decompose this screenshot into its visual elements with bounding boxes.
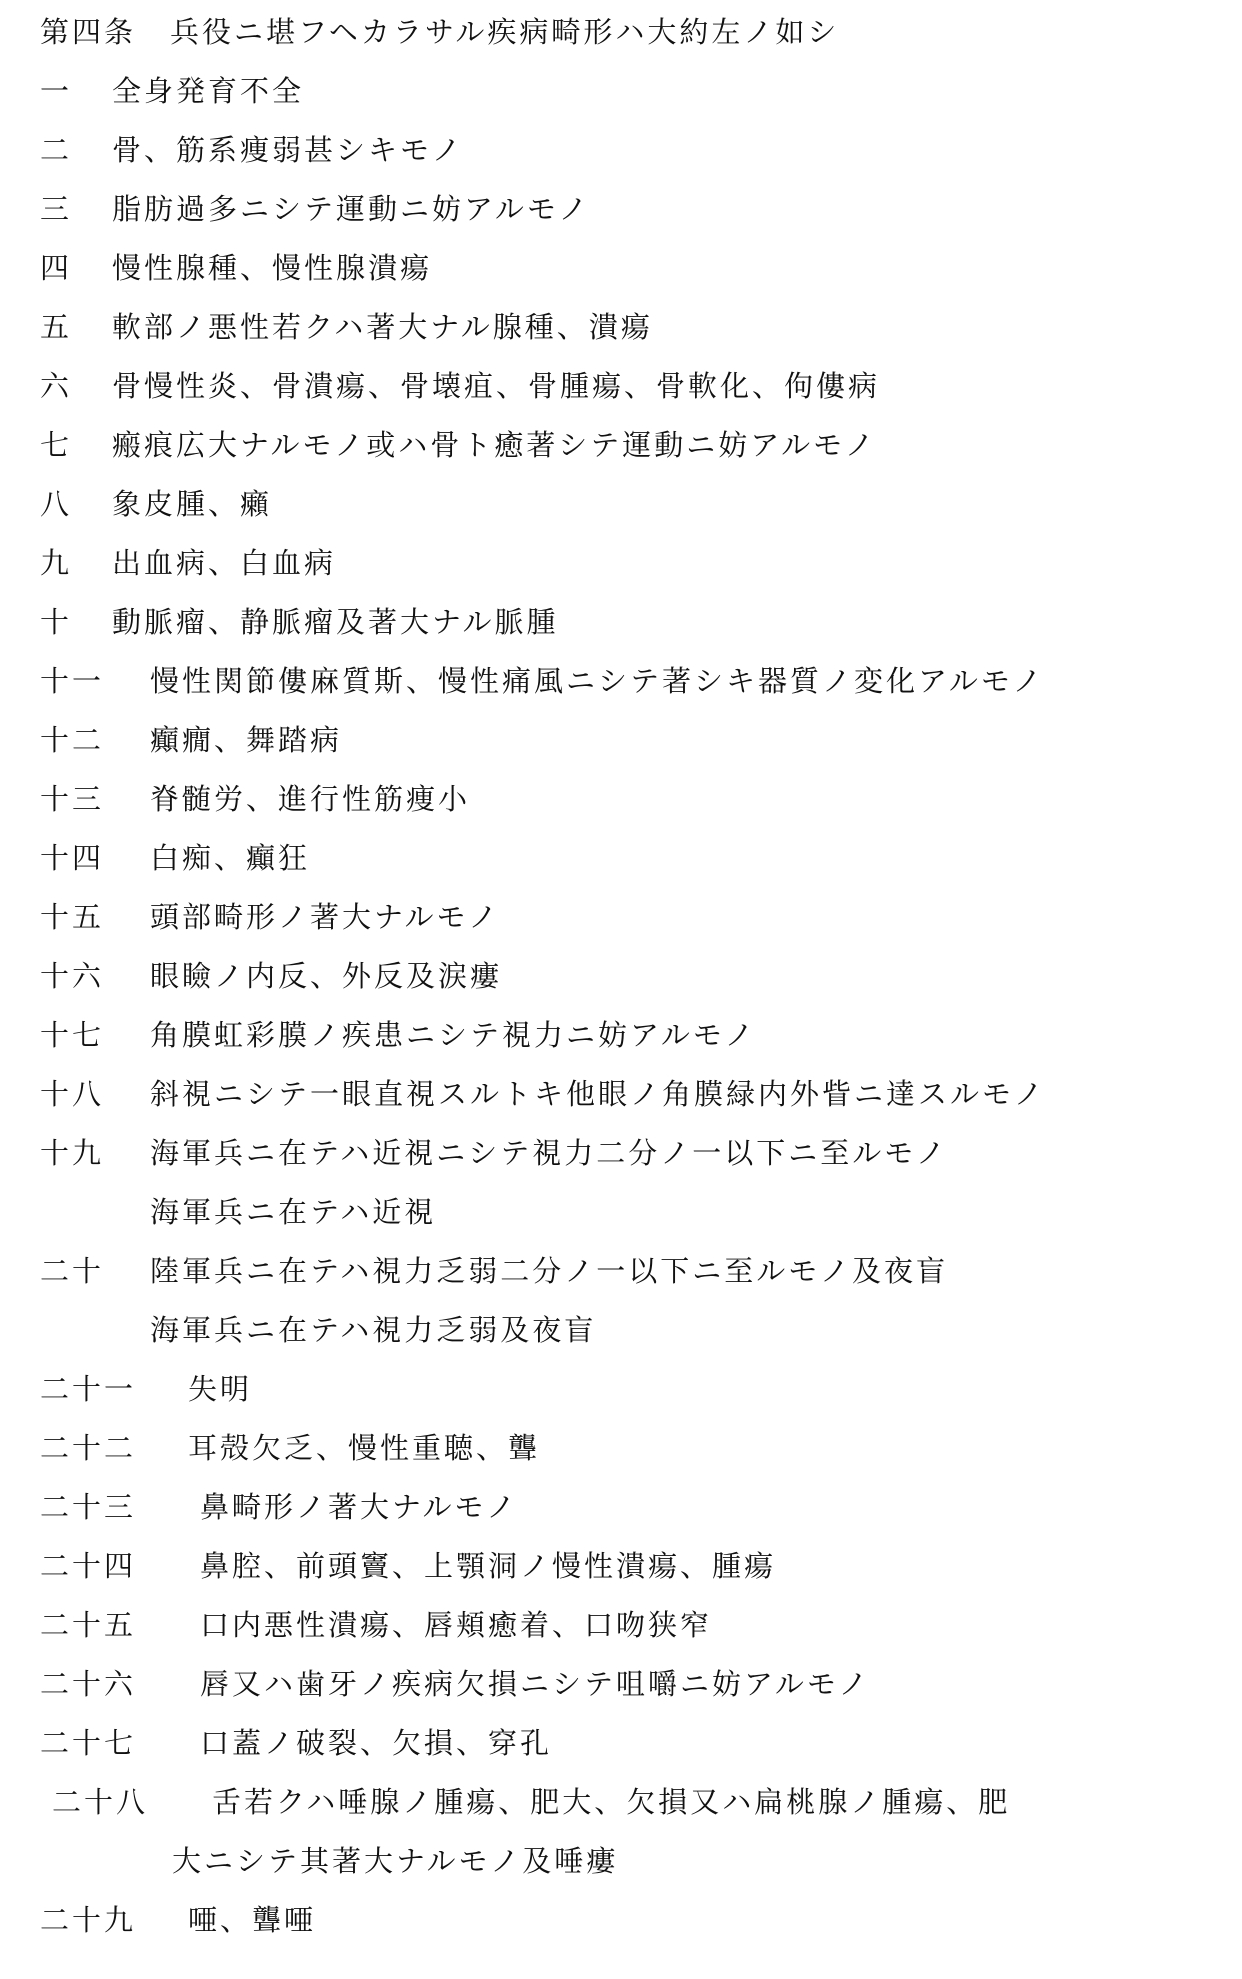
item-text: 慢性関節僂麻質斯、慢性痛風ニシテ著シキ器質ノ変化アルモノ: [150, 652, 1045, 711]
item-number: 十四: [40, 829, 104, 888]
item-number: 十五: [40, 888, 104, 947]
item-text: 脊髄労、進行性筋痩小: [150, 770, 470, 829]
item-number: 三: [40, 180, 72, 239]
item-text: 耳殻欠乏、慢性重聴、聾: [188, 1419, 540, 1478]
item-number: 十七: [40, 1006, 104, 1065]
item-number: 十六: [40, 947, 104, 1006]
item-number: 十一: [40, 652, 104, 711]
item-text: 舌若クハ唾腺ノ腫瘍、肥大、欠損又ハ扁桃腺ノ腫瘍、肥: [212, 1773, 1010, 1832]
item-number: 十八: [40, 1065, 104, 1124]
item-text: 慢性腺種、慢性腺潰瘍: [112, 239, 432, 298]
item-number: 十九: [40, 1124, 104, 1183]
item-text-continuation: 海軍兵ニ在テハ視力乏弱及夜盲: [150, 1301, 596, 1360]
item-text: 斜視ニシテ一眼直視スルトキ他眼ノ角膜緑内外眥ニ達スルモノ: [150, 1065, 1046, 1124]
item-number: 二十三: [40, 1478, 136, 1537]
item-text: 象皮腫、癩: [112, 475, 272, 534]
item-text: 唖、聾唖: [188, 1891, 316, 1950]
item-number: 六: [40, 357, 72, 416]
item-number: 二十四: [40, 1537, 136, 1596]
item-text: 口内悪性潰瘍、唇頬癒着、口吻狭窄: [200, 1596, 712, 1655]
item-text: 出血病、白血病: [112, 534, 336, 593]
item-number: 二十: [40, 1242, 104, 1301]
item-number: 七: [40, 416, 72, 475]
article-number: 第四条: [40, 3, 136, 62]
article-title: 兵役ニ堪フヘカラサル疾病畸形ハ大約左ノ如シ: [170, 3, 839, 62]
item-text: 陸軍兵ニ在テハ視力乏弱二分ノ一以下ニ至ルモノ及夜盲: [150, 1242, 948, 1301]
item-text-continuation: 大ニシテ其著大ナルモノ及唾瘻: [172, 1832, 618, 1891]
item-number: 一: [40, 62, 72, 121]
item-number: 二: [40, 121, 72, 180]
item-number: 二十六: [40, 1655, 136, 1714]
item-text: 口蓋ノ破裂、欠損、穿孔: [200, 1714, 552, 1773]
item-text: 角膜虹彩膜ノ疾患ニシテ視力ニ妨アルモノ: [150, 1006, 757, 1065]
item-text: 軟部ノ悪性若クハ著大ナル腺種、潰瘍: [112, 298, 653, 357]
item-number: 二十一: [40, 1360, 136, 1419]
item-text: 動脈瘤、静脈瘤及著大ナル脈腫: [112, 593, 559, 652]
item-text: 海軍兵ニ在テハ近視ニシテ視力二分ノ一以下ニ至ルモノ: [150, 1124, 948, 1183]
item-text: 瘢痕広大ナルモノ或ハ骨ト癒著シテ運動ニ妨アルモノ: [112, 416, 877, 475]
item-text: 全身発育不全: [112, 62, 304, 121]
item-number: 十三: [40, 770, 104, 829]
item-number: 二十二: [40, 1419, 136, 1478]
item-text: 骨、筋系痩弱甚シキモノ: [112, 121, 464, 180]
item-number: 四: [40, 239, 72, 298]
item-text: 鼻畸形ノ著大ナルモノ: [200, 1478, 518, 1537]
item-number: 十二: [40, 711, 104, 770]
item-number: 八: [40, 475, 72, 534]
item-text: 脂肪過多ニシテ運動ニ妨アルモノ: [112, 180, 591, 239]
item-text: 癲癇、舞踏病: [150, 711, 342, 770]
item-number: 二十八: [52, 1773, 148, 1832]
item-number: 二十七: [40, 1714, 136, 1773]
item-number: 九: [40, 534, 72, 593]
item-number: 二十五: [40, 1596, 136, 1655]
item-text: 骨慢性炎、骨潰瘍、骨壊疽、骨腫瘍、骨軟化、佝僂病: [112, 357, 880, 416]
item-number: 二十九: [40, 1891, 136, 1950]
item-number: 五: [40, 298, 72, 357]
item-text-continuation: 海軍兵ニ在テハ近視: [150, 1183, 436, 1242]
item-text: 頭部畸形ノ著大ナルモノ: [150, 888, 500, 947]
item-text: 眼瞼ノ内反、外反及涙瘻: [150, 947, 502, 1006]
item-text: 唇又ハ歯牙ノ疾病欠損ニシテ咀嚼ニ妨アルモノ: [200, 1655, 871, 1714]
item-number: 十: [40, 593, 72, 652]
item-text: 鼻腔、前頭竇、上顎洞ノ慢性潰瘍、腫瘍: [200, 1537, 776, 1596]
item-text: 失明: [188, 1360, 252, 1419]
item-text: 白痴、癲狂: [150, 829, 310, 888]
